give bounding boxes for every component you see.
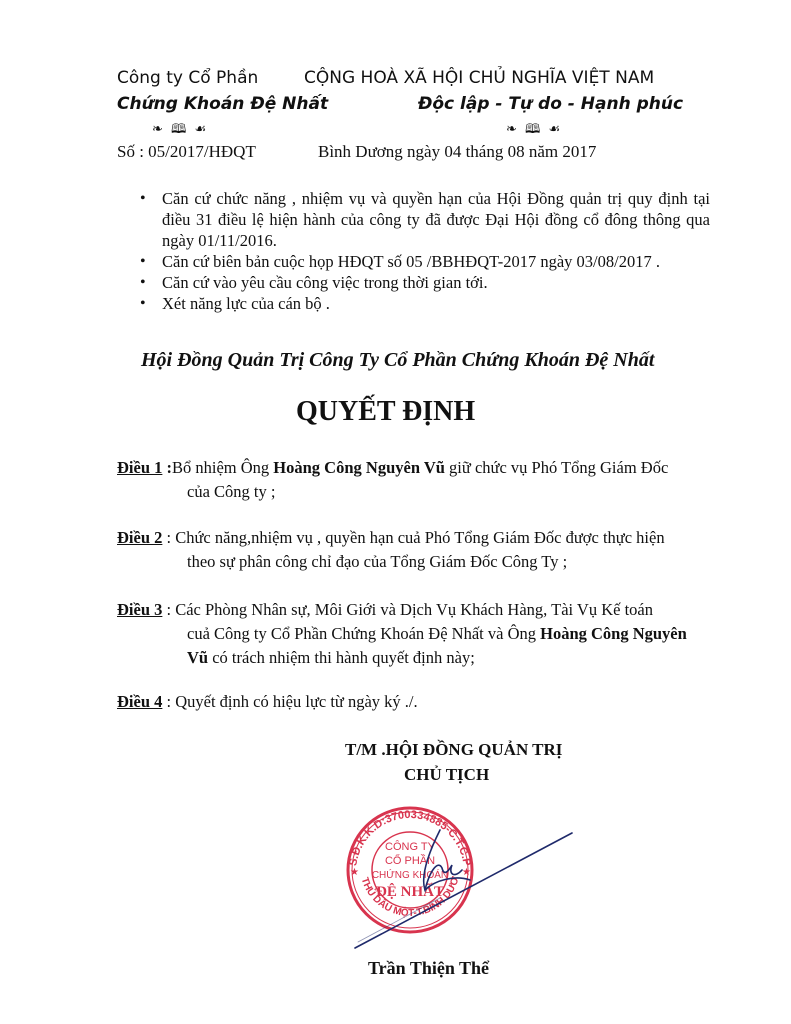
basis-list: Căn cứ chức năng , nhiệm vụ và quyền hạn… xyxy=(140,188,710,314)
article-4: Điều 4 : Quyết định có hiệu lực từ ngày … xyxy=(117,690,712,714)
article-2: Điều 2 : Chức năng,nhiệm vụ , quyền hạn … xyxy=(117,526,712,574)
article-label: Điều 2 xyxy=(117,528,162,547)
signer-name: Trần Thiện Thể xyxy=(368,958,489,979)
article-label: Điều 1 xyxy=(117,458,162,477)
book-ornament-icon: ❧ 🕮 ☙ xyxy=(506,120,562,142)
svg-text:★: ★ xyxy=(350,867,359,878)
svg-text:★: ★ xyxy=(462,867,471,878)
document-title: QUYẾT ĐỊNH xyxy=(296,396,475,428)
company-name-line1: Công ty Cổ Phần xyxy=(117,68,258,88)
svg-text:ĐỆ NHẤT: ĐỆ NHẤT xyxy=(376,883,444,900)
company-seal-icon: S.Đ.K.K.D:3700334885-C.T.C.P TX.THỦ DẦU … xyxy=(330,780,590,960)
article-1: Điều 1 :Bổ nhiệm Ông Hoàng Công Nguyên V… xyxy=(117,456,712,504)
basis-item: Căn cứ vào yêu cầu công việc trong thời … xyxy=(140,272,710,293)
basis-item: Căn cứ biên bản cuộc họp HĐQT số 05 /BBH… xyxy=(140,251,710,272)
document-number: Số : 05/2017/HĐQT xyxy=(117,142,256,162)
issuing-body: Hội Đồng Quản Trị Công Ty Cổ Phần Chứng … xyxy=(141,349,654,372)
company-name-line2: Chứng Khoán Đệ Nhất xyxy=(117,94,328,114)
book-ornament-icon: ❧ 🕮 ☙ xyxy=(152,120,208,142)
country-name: CỘNG HOÀ XÃ HỘI CHỦ NGHĨA VIỆT NAM xyxy=(304,68,654,88)
national-motto: Độc lập - Tự do - Hạnh phúc xyxy=(418,94,683,114)
appointee-name: Hoàng Công Nguyên Vũ xyxy=(273,458,445,477)
svg-text:CÔNG TY: CÔNG TY xyxy=(385,840,436,853)
svg-text:CHỨNG KHOÁN: CHỨNG KHOÁN xyxy=(372,868,448,881)
article-3: Điều 3 : Các Phòng Nhân sự, Môi Giới và … xyxy=(117,598,712,670)
article-label: Điều 3 xyxy=(117,600,162,619)
on-behalf-label: T/M .HỘI ĐỒNG QUẢN TRỊ xyxy=(345,740,562,760)
article-label: Điều 4 xyxy=(117,692,162,711)
basis-item: Xét năng lực của cán bộ . xyxy=(140,293,710,314)
place-and-date: Bình Dương ngày 04 tháng 08 năm 2017 xyxy=(318,142,596,162)
basis-item: Căn cứ chức năng , nhiệm vụ và quyền hạn… xyxy=(140,188,710,251)
